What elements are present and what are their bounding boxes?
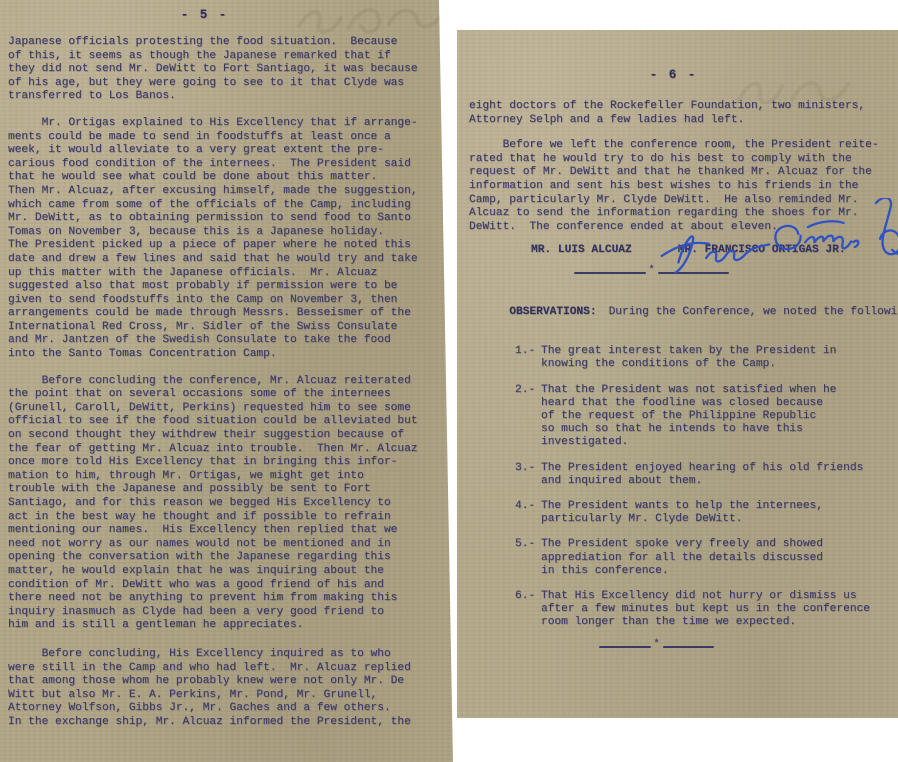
divider-line [599, 646, 651, 648]
page-6: - 6 - eight doctors of the Rockefeller F… [457, 30, 898, 718]
item-text: The great interest taken by the Presiden… [541, 345, 888, 371]
item-text: That His Excellency did not hurry or dis… [541, 590, 888, 630]
section-divider: * [599, 644, 714, 650]
paragraph: Before concluding the conference, Mr. Al… [8, 375, 445, 633]
paragraph: Mr. Ortigas explained to His Excellency … [8, 117, 445, 362]
list-item: 6.- That His Excellency did not hurry or… [515, 590, 888, 630]
item-text: The President wants to help the internee… [541, 500, 888, 526]
page-number: - 6 - [469, 68, 888, 82]
document-scan: - 5 - Japanese officials protesting the … [0, 0, 898, 762]
page-number: - 5 - [8, 8, 445, 22]
list-item: 1.- The great interest taken by the Pres… [515, 345, 888, 371]
paragraph: Japanese officials protesting the food s… [8, 36, 445, 104]
signatory-names: MR. LUIS ALCUAZ MR. FRANCISCO ORTIGAS JR… [531, 244, 888, 256]
divider-line [663, 646, 715, 648]
item-text: The President spoke very freely and show… [541, 538, 888, 578]
divider-star: * [651, 642, 663, 648]
item-number: 3.- [515, 462, 541, 488]
observations-heading-row: OBSERVATIONS:During the Conference, we n… [469, 292, 888, 333]
divider-line [658, 272, 730, 274]
observations-list: 1.- The great interest taken by the Pres… [469, 345, 888, 629]
list-item: 4.- The President wants to help the inte… [515, 500, 888, 526]
signatory-right: MR. FRANCISCO ORTIGAS JR. [678, 244, 846, 256]
item-number: 6.- [515, 590, 541, 630]
list-item: 3.- The President enjoyed hearing of his… [515, 462, 888, 488]
item-number: 1.- [515, 345, 541, 371]
paragraph: Before we left the conference room, the … [469, 139, 888, 234]
section-divider: * [574, 270, 729, 276]
divider-line [574, 272, 646, 274]
item-number: 2.- [515, 384, 541, 450]
page-5: - 5 - Japanese officials protesting the … [0, 0, 453, 762]
signatory-left: MR. LUIS ALCUAZ [531, 244, 632, 256]
observations-intro: During the Conference, we noted the foll… [609, 306, 898, 318]
paragraph: Before concluding, His Excellency inquir… [8, 648, 445, 730]
observations-title: OBSERVATIONS: [509, 306, 596, 318]
item-text: That the President was not satisfied whe… [541, 384, 888, 450]
item-number: 5.- [515, 538, 541, 578]
paragraph: eight doctors of the Rockefeller Foundat… [469, 100, 888, 127]
item-text: The President enjoyed hearing of his old… [541, 462, 888, 488]
item-number: 4.- [515, 500, 541, 526]
divider-star: * [646, 268, 658, 274]
list-item: 5.- The President spoke very freely and … [515, 538, 888, 578]
list-item: 2.- That the President was not satisfied… [515, 384, 888, 450]
